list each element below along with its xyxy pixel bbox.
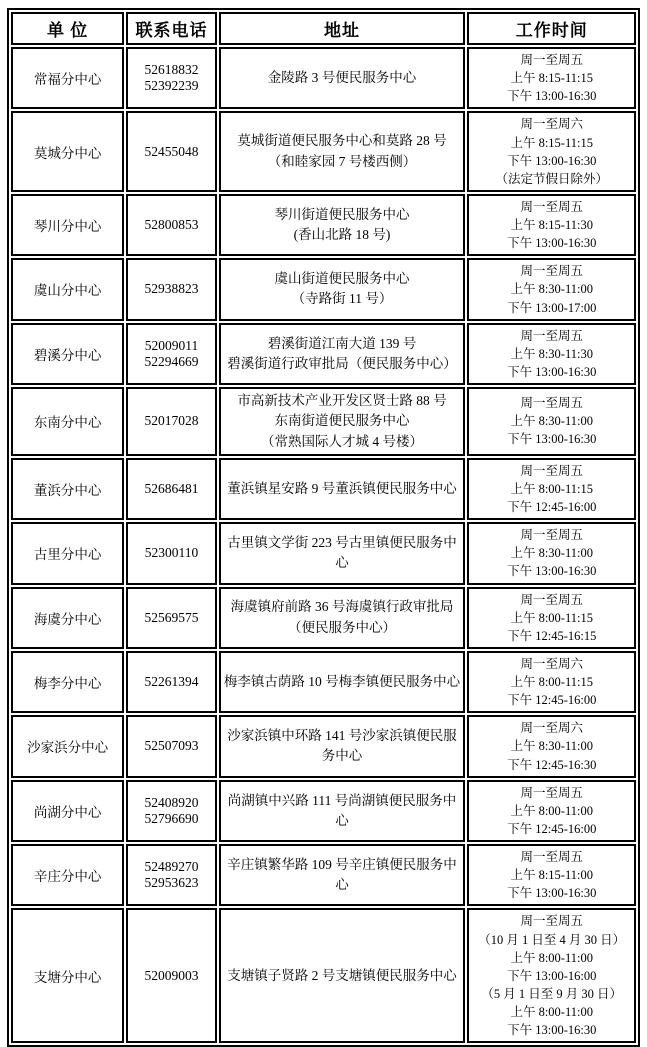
cell-line: 虞山街道便民服务中心 [224,269,461,289]
cell-line: 周一至周六 [472,655,631,673]
hours-cell: 周一至周五上午 8:15-11:00下午 13:00-16:30 [467,844,636,906]
cell-line: 下午 13:00-16:30 [472,152,631,170]
table-row: 碧溪分中心 5200901152294669 碧溪街道江南大道 139 号碧溪街… [11,323,636,385]
cell-line: 52408920 [131,795,211,811]
hours-cell: 周一至周五上午 8:15-11:30下午 13:00-16:30 [467,194,636,256]
address-cell: 董浜镇星安路 9 号董浜镇便民服务中心 [219,458,466,520]
table-row: 海虞分中心 52569575 海虞镇府前路 36 号海虞镇行政审批局（便民服务中… [11,587,636,649]
cell-line: 上午 8:00-11:00 [472,1003,631,1021]
cell-line: 上午 8:15-11:15 [472,134,631,152]
cell-line: （5 月 1 日至 9 月 30 日） [472,985,631,1003]
cell-line: 下午 13:00-16:30 [472,562,631,580]
phone-cell: 52507093 [126,715,216,777]
col-header-address: 地址 [219,12,466,45]
cell-line: （便民服务中心） [224,618,461,638]
cell-line: 下午 13:00-16:30 [472,87,631,105]
phone-cell: 5200901152294669 [126,323,216,385]
address-cell: 尚湖镇中兴路 111 号尚湖镇便民服务中心 [219,780,466,842]
phone-cell: 5248927052953623 [126,844,216,906]
hours-cell: 周一至周五上午 8:30-11:00下午 13:00-16:30 [467,522,636,584]
address-cell: 古里镇文学街 223 号古里镇便民服务中心 [219,522,466,584]
cell-line: 上午 8:00-11:00 [472,802,631,820]
cell-line: 上午 8:15-11:15 [472,69,631,87]
cell-line: 52261394 [131,674,211,690]
cell-line: 周一至周五 [472,327,631,345]
cell-line: 辛庄镇繁华路 109 号辛庄镇便民服务中心 [224,855,461,896]
cell-line: 52009011 [131,338,211,354]
cell-line: 上午 8:30-11:30 [472,345,631,363]
cell-line: 董浜镇星安路 9 号董浜镇便民服务中心 [224,479,461,499]
cell-line: 下午 12:45-16:00 [472,498,631,516]
phone-cell: 52009003 [126,908,216,1043]
address-cell: 金陵路 3 号便民服务中心 [219,47,466,109]
cell-line: 周一至周五 [472,51,631,69]
cell-line: 52300110 [131,545,211,561]
hours-cell: 周一至周五上午 8:00-11:15下午 12:45-16:15 [467,587,636,649]
hours-cell: 周一至周六上午 8:15-11:15下午 13:00-16:30（法定节假日除外… [467,111,636,192]
cell-line: 周一至周五 [472,462,631,480]
hours-cell: 周一至周五上午 8:30-11:00下午 13:00-17:00 [467,258,636,320]
cell-line: 52294669 [131,354,211,370]
cell-line: 周一至周五 [472,262,631,280]
cell-line: 上午 8:15-11:30 [472,216,631,234]
address-cell: 梅李镇古荫路 10 号梅李镇便民服务中心 [219,651,466,713]
cell-line: 52455048 [131,144,211,160]
hours-cell: 周一至周五上午 8:30-11:30下午 13:00-16:30 [467,323,636,385]
address-cell: 琴川街道便民服务中心(香山北路 18 号) [219,194,466,256]
unit-cell: 梅李分中心 [11,651,124,713]
cell-line: 梅李镇古荫路 10 号梅李镇便民服务中心 [224,672,461,692]
cell-line: 东南街道便民服务中心 [224,411,461,431]
hours-cell: 周一至周五（10 月 1 日至 4 月 30 日）上午 8:00-11:00下午… [467,908,636,1043]
cell-line: 52489270 [131,859,211,875]
cell-line: 市高新技术产业开发区贤士路 88 号 [224,391,461,411]
cell-line: 52686481 [131,481,211,497]
cell-line: 周一至周六 [472,115,631,133]
cell-line: 周一至周五 [472,394,631,412]
address-cell: 市高新技术产业开发区贤士路 88 号东南街道便民服务中心（常熟国际人才城 4 号… [219,387,466,456]
unit-cell: 支塘分中心 [11,908,124,1043]
unit-cell: 尚湖分中心 [11,780,124,842]
cell-line: 52569575 [131,610,211,626]
cell-line: 下午 12:45-16:00 [472,820,631,838]
cell-line: （10 月 1 日至 4 月 30 日） [472,931,631,949]
address-cell: 碧溪街道江南大道 139 号碧溪街道行政审批局（便民服务中心） [219,323,466,385]
cell-line: 下午 13:00-16:30 [472,234,631,252]
hours-cell: 周一至周六上午 8:00-11:15下午 12:45-16:00 [467,651,636,713]
service-centers-table: 单 位 联系电话 地址 工作时间 常福分中心 5261883252392239 … [7,8,640,1047]
cell-line: 下午 13:00-16:30 [472,884,631,902]
cell-line: 支塘镇子贤路 2 号支塘镇便民服务中心 [224,966,461,986]
cell-line: 上午 8:00-11:15 [472,609,631,627]
phone-cell: 52300110 [126,522,216,584]
unit-cell: 海虞分中心 [11,587,124,649]
cell-line: （法定节假日除外） [472,170,631,188]
cell-line: 古里镇文学街 223 号古里镇便民服务中心 [224,533,461,574]
unit-cell: 莫城分中心 [11,111,124,192]
table-row: 莫城分中心 52455048 莫城街道便民服务中心和莫路 28 号（和睦家园 7… [11,111,636,192]
phone-cell: 52686481 [126,458,216,520]
cell-line: 上午 8:00-11:15 [472,673,631,691]
cell-line: 下午 13:00-16:30 [472,1021,631,1039]
cell-line: 52800853 [131,217,211,233]
cell-line: 上午 8:30-11:00 [472,544,631,562]
cell-line: 莫城街道便民服务中心和莫路 28 号 [224,131,461,151]
table-row: 辛庄分中心 5248927052953623 辛庄镇繁华路 109 号辛庄镇便民… [11,844,636,906]
cell-line: 周一至周五 [472,912,631,930]
table-row: 虞山分中心 52938823 虞山街道便民服务中心（寺路街 11 号） 周一至周… [11,258,636,320]
address-cell: 虞山街道便民服务中心（寺路街 11 号） [219,258,466,320]
table-row: 支塘分中心 52009003 支塘镇子贤路 2 号支塘镇便民服务中心 周一至周五… [11,908,636,1043]
cell-line: （和睦家园 7 号楼西侧） [224,152,461,172]
cell-line: 52009003 [131,968,211,984]
cell-line: 下午 12:45-16:15 [472,627,631,645]
table-row: 常福分中心 5261883252392239 金陵路 3 号便民服务中心 周一至… [11,47,636,109]
unit-cell: 辛庄分中心 [11,844,124,906]
phone-cell: 52455048 [126,111,216,192]
table-row: 琴川分中心 52800853 琴川街道便民服务中心(香山北路 18 号) 周一至… [11,194,636,256]
cell-line: （常熟国际人才城 4 号楼） [224,432,461,452]
address-cell: 辛庄镇繁华路 109 号辛庄镇便民服务中心 [219,844,466,906]
col-header-hours: 工作时间 [467,12,636,45]
cell-line: 上午 8:00-11:15 [472,480,631,498]
hours-cell: 周一至周五上午 8:00-11:00下午 12:45-16:00 [467,780,636,842]
hours-cell: 周一至周六上午 8:30-11:00下午 12:45-16:30 [467,715,636,777]
cell-line: （寺路街 11 号） [224,289,461,309]
cell-line: 下午 13:00-16:30 [472,430,631,448]
cell-line: (香山北路 18 号) [224,225,461,245]
hours-cell: 周一至周五上午 8:00-11:15下午 12:45-16:00 [467,458,636,520]
cell-line: 52017028 [131,413,211,429]
cell-line: 尚湖镇中兴路 111 号尚湖镇便民服务中心 [224,791,461,832]
unit-cell: 常福分中心 [11,47,124,109]
cell-line: 周一至周五 [472,591,631,609]
cell-line: 52938823 [131,281,211,297]
cell-line: 下午 13:00-16:00 [472,967,631,985]
unit-cell: 古里分中心 [11,522,124,584]
table-row: 尚湖分中心 5240892052796690 尚湖镇中兴路 111 号尚湖镇便民… [11,780,636,842]
hours-cell: 周一至周五上午 8:15-11:15下午 13:00-16:30 [467,47,636,109]
header-row: 单 位 联系电话 地址 工作时间 [11,12,636,45]
phone-cell: 52017028 [126,387,216,456]
cell-line: 碧溪街道江南大道 139 号 [224,334,461,354]
cell-line: 上午 8:00-11:00 [472,949,631,967]
address-cell: 莫城街道便民服务中心和莫路 28 号（和睦家园 7 号楼西侧） [219,111,466,192]
col-header-phone: 联系电话 [126,12,216,45]
hours-cell: 周一至周五上午 8:30-11:00下午 13:00-16:30 [467,387,636,456]
cell-line: 海虞镇府前路 36 号海虞镇行政审批局 [224,597,461,617]
table-row: 董浜分中心 52686481 董浜镇星安路 9 号董浜镇便民服务中心 周一至周五… [11,458,636,520]
cell-line: 52953623 [131,875,211,891]
phone-cell: 52938823 [126,258,216,320]
cell-line: 周一至周五 [472,198,631,216]
phone-cell: 52261394 [126,651,216,713]
cell-line: 琴川街道便民服务中心 [224,205,461,225]
unit-cell: 东南分中心 [11,387,124,456]
phone-cell: 52800853 [126,194,216,256]
unit-cell: 碧溪分中心 [11,323,124,385]
cell-line: 金陵路 3 号便民服务中心 [224,68,461,88]
cell-line: 上午 8:30-11:00 [472,280,631,298]
cell-line: 52507093 [131,738,211,754]
table-row: 东南分中心 52017028 市高新技术产业开发区贤士路 88 号东南街道便民服… [11,387,636,456]
cell-line: 沙家浜镇中环路 141 号沙家浜镇便民服务中心 [224,726,461,767]
unit-cell: 虞山分中心 [11,258,124,320]
cell-line: 周一至周五 [472,526,631,544]
phone-cell: 5261883252392239 [126,47,216,109]
cell-line: 上午 8:30-11:00 [472,412,631,430]
cell-line: 碧溪街道行政审批局（便民服务中心） [224,354,461,374]
cell-line: 周一至周五 [472,784,631,802]
col-header-unit: 单 位 [11,12,124,45]
address-cell: 支塘镇子贤路 2 号支塘镇便民服务中心 [219,908,466,1043]
phone-cell: 5240892052796690 [126,780,216,842]
unit-cell: 董浜分中心 [11,458,124,520]
unit-cell: 琴川分中心 [11,194,124,256]
cell-line: 上午 8:30-11:00 [472,737,631,755]
table-row: 古里分中心 52300110 古里镇文学街 223 号古里镇便民服务中心 周一至… [11,522,636,584]
page: 单 位 联系电话 地址 工作时间 常福分中心 5261883252392239 … [0,0,647,863]
address-cell: 海虞镇府前路 36 号海虞镇行政审批局（便民服务中心） [219,587,466,649]
unit-cell: 沙家浜分中心 [11,715,124,777]
table-row: 梅李分中心 52261394 梅李镇古荫路 10 号梅李镇便民服务中心 周一至周… [11,651,636,713]
cell-line: 52796690 [131,811,211,827]
table-row: 沙家浜分中心 52507093 沙家浜镇中环路 141 号沙家浜镇便民服务中心 … [11,715,636,777]
cell-line: 上午 8:15-11:00 [472,866,631,884]
cell-line: 周一至周五 [472,848,631,866]
cell-line: 下午 12:45-16:30 [472,756,631,774]
cell-line: 52392239 [131,78,211,94]
cell-line: 下午 12:45-16:00 [472,691,631,709]
cell-line: 周一至周六 [472,719,631,737]
cell-line: 下午 13:00-16:30 [472,363,631,381]
cell-line: 52618832 [131,62,211,78]
phone-cell: 52569575 [126,587,216,649]
address-cell: 沙家浜镇中环路 141 号沙家浜镇便民服务中心 [219,715,466,777]
cell-line: 下午 13:00-17:00 [472,299,631,317]
